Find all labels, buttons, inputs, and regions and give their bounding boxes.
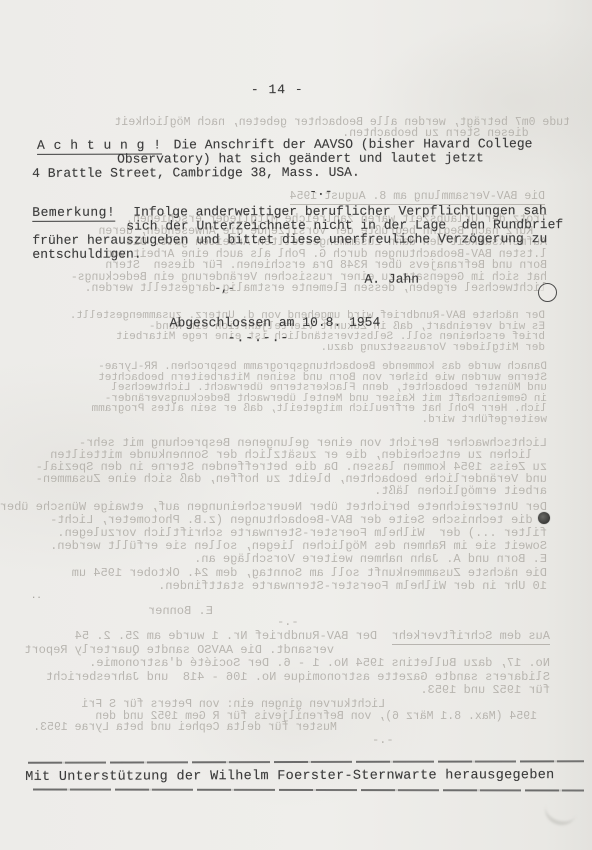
bemerkung-heading: Bemerkung! [32, 205, 115, 222]
page-number: - 14 - [251, 82, 304, 97]
small-divider: -,- [215, 283, 235, 295]
signature: A. Jahn [364, 272, 419, 287]
closing-date-line: Abgeschlossen am 10.8. 1954 [170, 315, 381, 331]
punch-hole-ring-mark [538, 283, 557, 302]
footer-imprint: Mit Unterstützung der Wilhelm Foerster-S… [25, 768, 554, 785]
scanned-document-page: tude 0m7 beträgt, werden alle Beobachter… [0, 0, 592, 850]
closing-divider: -.-.-.- [228, 330, 290, 345]
typed-layer: - 14 - A c h t u n g !Die Anschrift der … [0, 0, 592, 850]
achtung-line3: 4 Brattle Street, Cambridge 38, Mass. US… [32, 165, 360, 181]
ink-blot-mark [538, 512, 550, 524]
margin-smudge-mark: .. [31, 591, 41, 598]
section-divider: -.- [309, 184, 332, 199]
bemerkung-line4: entschuldigen. [32, 247, 141, 262]
bemerkung-line3: früher herauszugeben und bittet diese un… [32, 231, 547, 248]
